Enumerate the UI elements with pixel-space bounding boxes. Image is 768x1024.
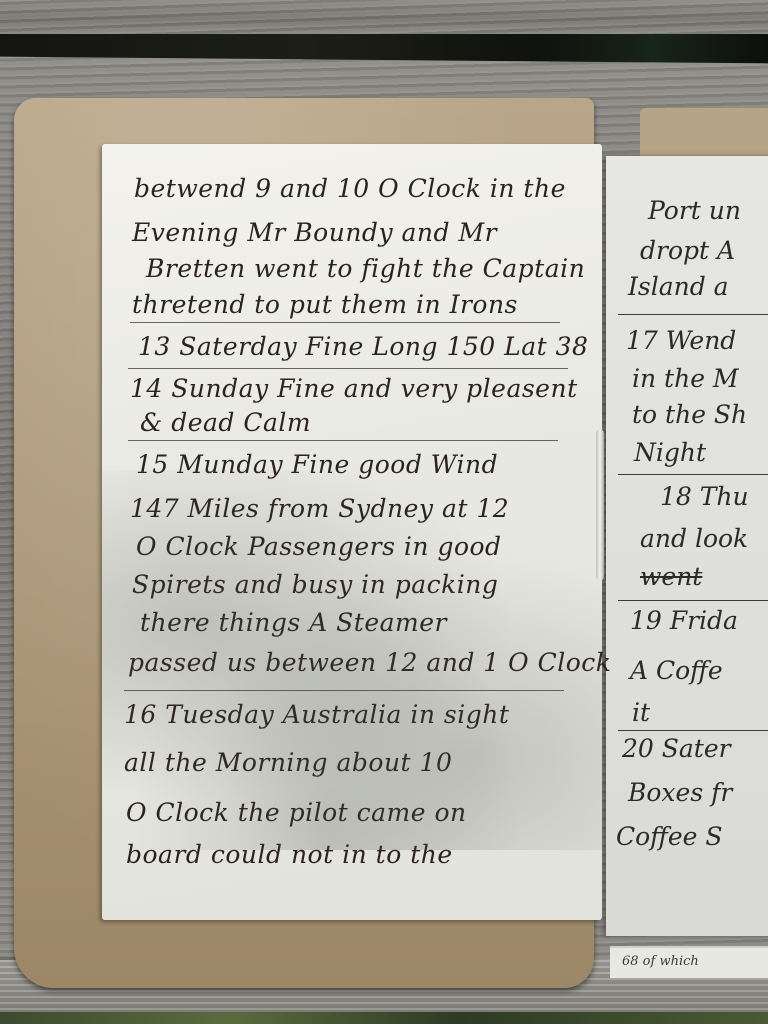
handwritten-line: thretend to put them in Irons: [132, 290, 518, 319]
handwritten-line: there things A Steamer: [140, 608, 447, 637]
handwritten-line: it: [632, 698, 650, 727]
handwritten-line: Evening Mr Boundy and Mr: [132, 218, 497, 247]
binding-strip: [596, 430, 604, 580]
handwritten-line: Bretten went to fight the Captain: [146, 254, 585, 283]
diary-entry-17: 17 Wend: [626, 326, 736, 355]
entry-divider: [128, 368, 568, 369]
entry-divider: [618, 730, 768, 731]
wood-plank-top: [0, 0, 768, 38]
grass-strip: [0, 1012, 768, 1024]
handwritten-line: O Clock the pilot came on: [126, 798, 467, 827]
handwritten-line: to the Sh: [632, 400, 747, 429]
diary-entry-16: 16 Tuesday Australia in sight: [124, 700, 509, 729]
handwritten-line: Spirets and busy in packing: [132, 570, 498, 599]
handwritten-line: 147 Miles from Sydney at 12: [130, 494, 509, 523]
diary-entry-14: 14 Sunday Fine and very pleasent: [130, 374, 578, 403]
handwritten-line: board could not in to the: [126, 840, 453, 869]
handwritten-line: all the Morning about 10: [124, 748, 452, 777]
handwritten-line: Island a: [628, 272, 729, 301]
handwritten-line: Coffee S: [616, 822, 723, 851]
entry-divider: [124, 690, 564, 691]
underlying-page-text: 68 of which: [622, 954, 699, 969]
handwritten-line: and look: [640, 524, 748, 553]
handwritten-line: in the M: [632, 364, 739, 393]
struck-through-word: went: [640, 562, 702, 591]
entry-divider: [130, 322, 560, 323]
diary-entry-18: 18 Thu: [660, 482, 749, 511]
handwritten-line: O Clock Passengers in good: [136, 532, 502, 561]
entry-divider: [618, 600, 768, 601]
handwritten-line: Night: [634, 438, 706, 467]
diary-entry-13: 13 Saterday Fine Long 150 Lat 38: [138, 332, 588, 361]
handwritten-line: Boxes fr: [628, 778, 732, 807]
diary-entry-20: 20 Sater: [622, 734, 731, 763]
handwritten-line: betwend 9 and 10 O Clock in the: [134, 174, 566, 203]
handwritten-line: Port un: [648, 196, 741, 225]
diary-entry-15: 15 Munday Fine good Wind: [136, 450, 498, 479]
entry-divider: [618, 314, 768, 315]
handwritten-line: passed us between 12 and 1 O Clock: [128, 648, 611, 677]
entry-divider: [618, 474, 768, 475]
entry-divider: [128, 440, 558, 441]
handwritten-line: dropt A: [640, 236, 735, 265]
handwritten-line: A Coffe: [630, 656, 723, 685]
diary-entry-19: 19 Frida: [630, 606, 738, 635]
handwritten-line: & dead Calm: [140, 408, 311, 437]
